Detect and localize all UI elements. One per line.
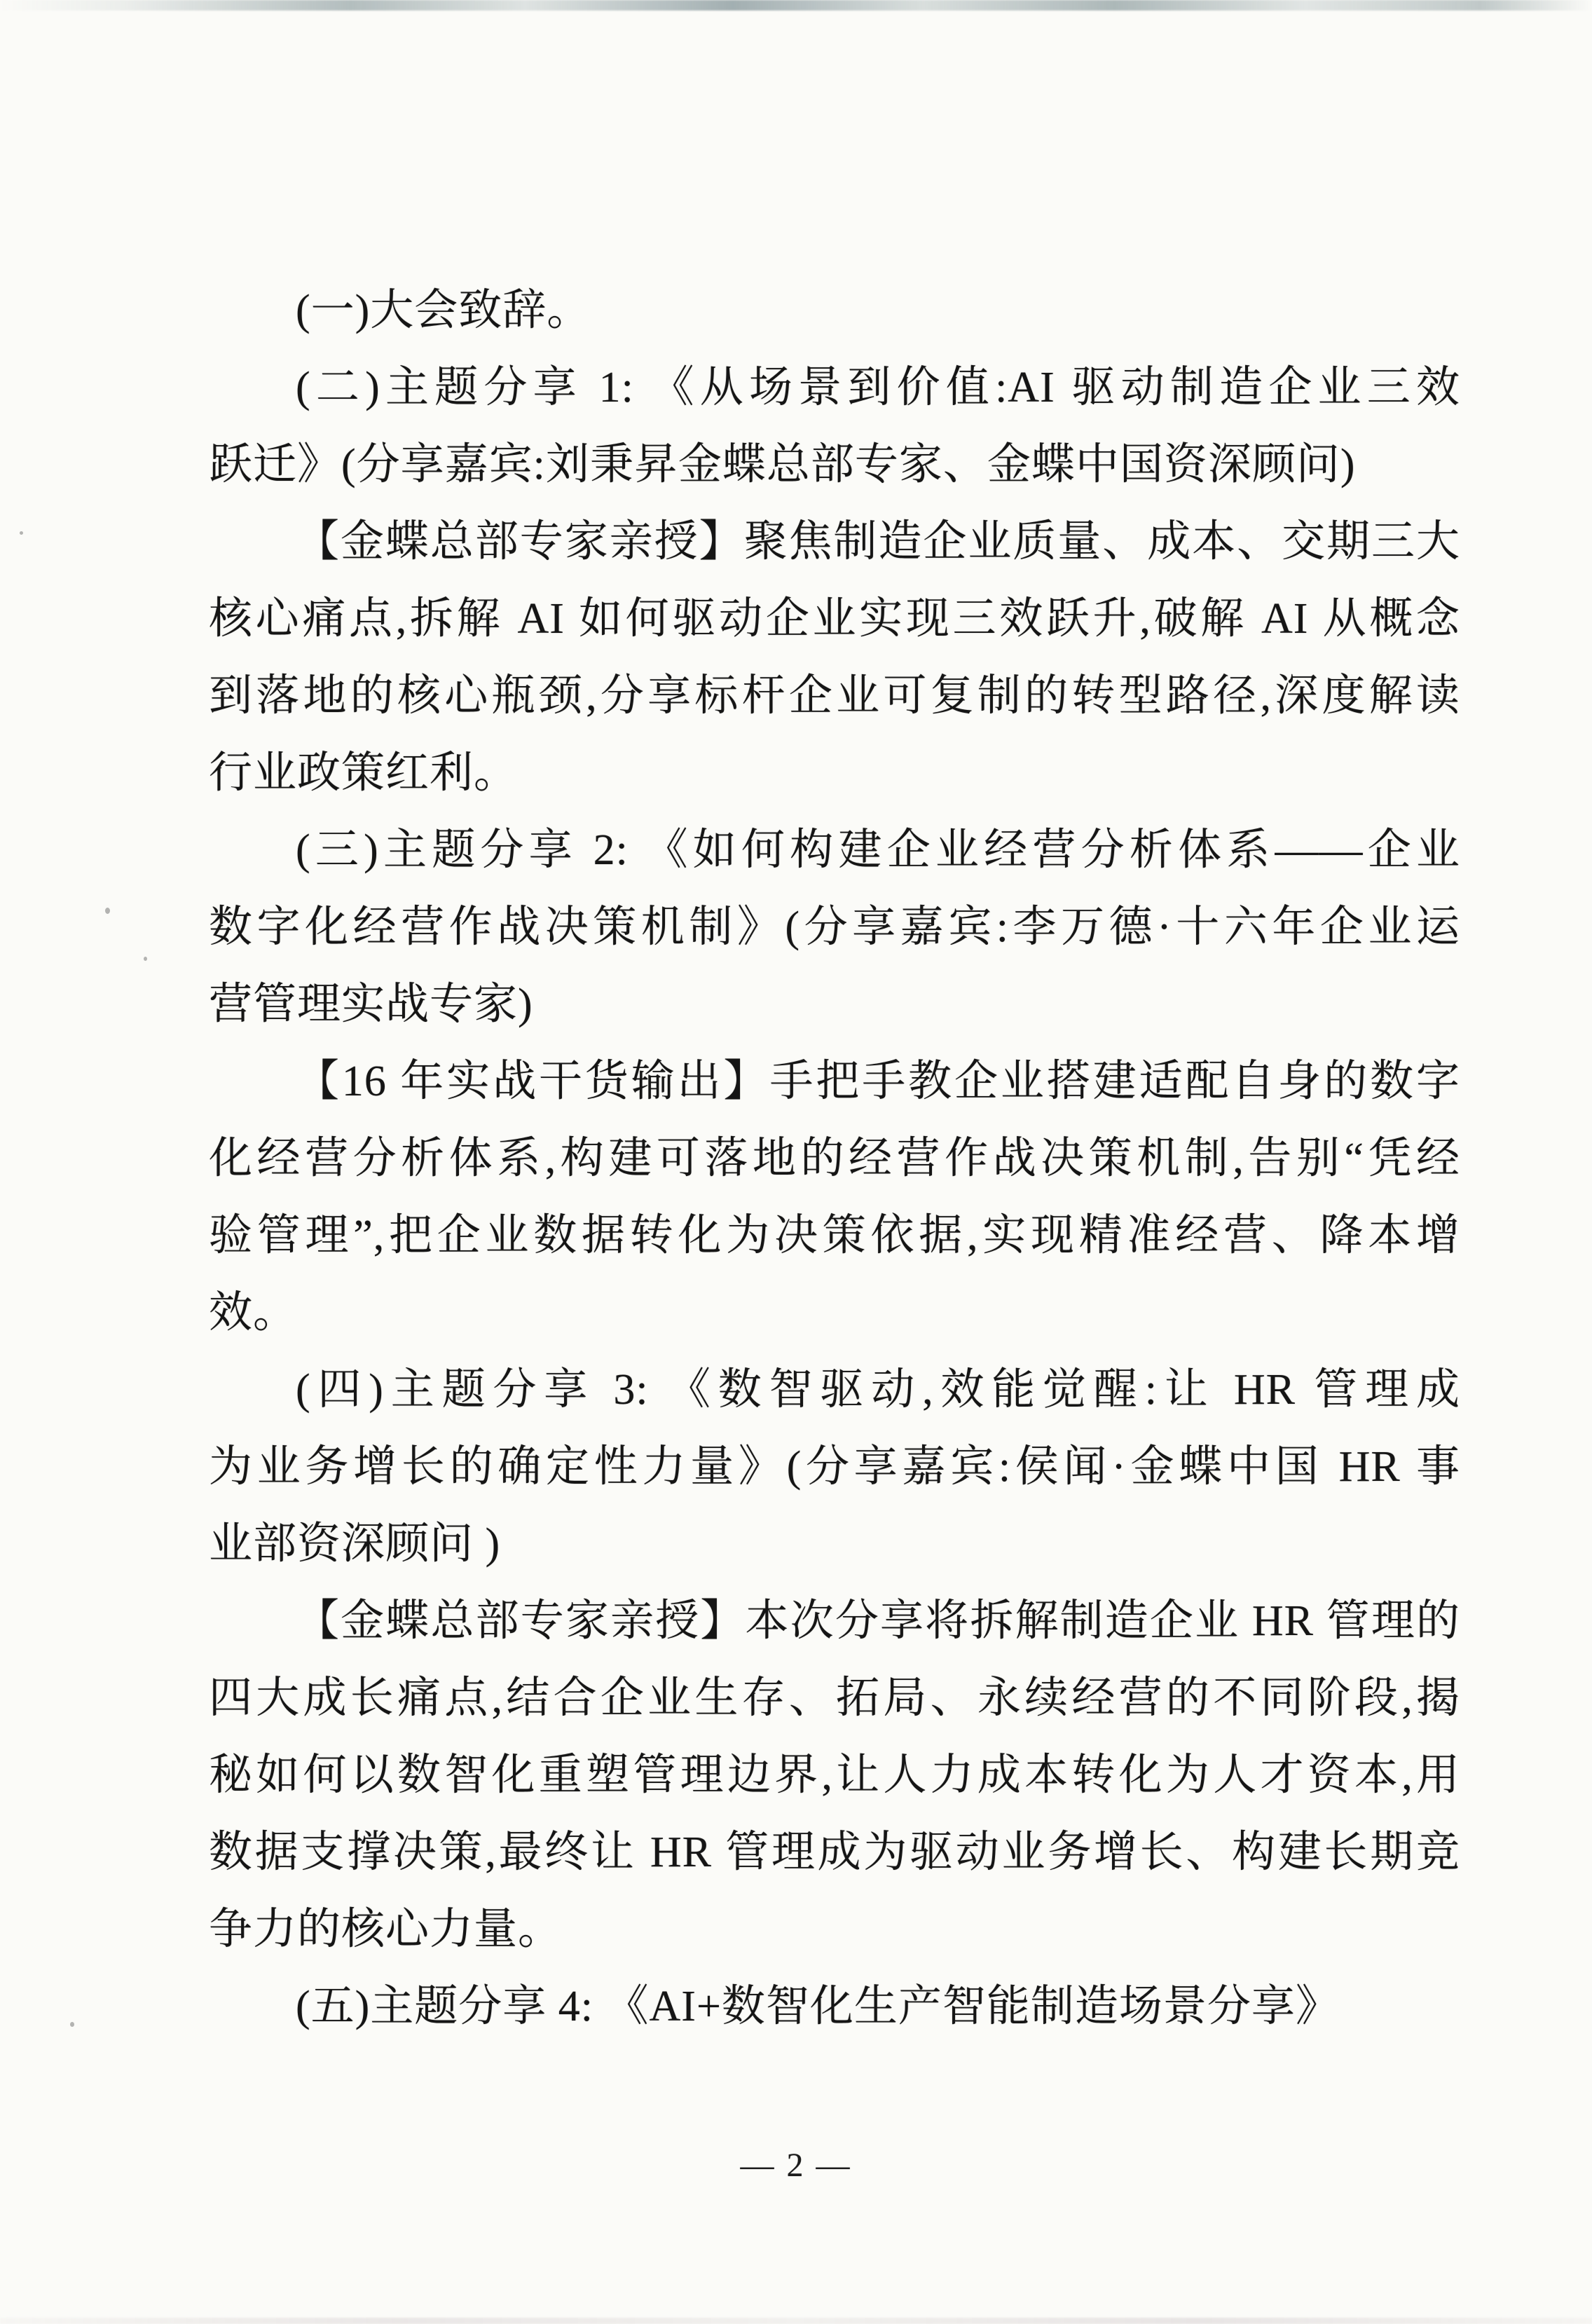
text-line: 【金蝶总部专家亲授】聚焦制造企业质量、成本、交期三大 [209,503,1460,580]
text-line: 争力的核心力量。 [209,1891,1460,1968]
scanned-document-page: { "page": { "background": "#fbfbf8", "in… [0,0,1592,2324]
paragraph: (三)主题分享 2: 《如何构建企业经营分析体系——企业数字化经营作战决策机制》… [209,812,1460,1043]
page-number: — 2 — [0,2143,1592,2188]
text-line: 数据支撑决策,最终让 HR 管理成为驱动业务增长、构建长期竞 [209,1814,1460,1891]
paragraph: (二)主题分享 1: 《从场景到价值:AI 驱动制造企业三效跃迁》(分享嘉宾:刘… [209,349,1460,503]
text-line: 行业政策红利。 [209,734,1460,812]
scan-artifact-bottom [0,2318,1592,2324]
text-line: (五)主题分享 4: 《AI+数智化生产智能制造场景分享》 [209,1968,1460,2045]
paragraph: (四)主题分享 3: 《数智驱动,效能觉醒:让 HR 管理成为业务增长的确定性力… [209,1351,1460,1583]
text-line: 【16 年实战干货输出】手把手教企业搭建适配自身的数字 [209,1043,1460,1120]
text-line: 营管理实战专家) [209,966,1460,1043]
text-line: 验管理”,把企业数据转化为决策依据,实现精准经营、降本增 [209,1197,1460,1274]
scan-speck [20,531,23,535]
scan-speck [105,908,110,914]
text-line: 到落地的核心瓶颈,分享标杆企业可复制的转型路径,深度解读 [209,657,1460,734]
text-line: 数字化经营作战决策机制》(分享嘉宾:李万德·十六年企业运 [209,889,1460,966]
text-line: (四)主题分享 3: 《数智驱动,效能觉醒:让 HR 管理成 [209,1351,1460,1428]
text-line: (一)大会致辞。 [209,272,1460,349]
text-line: 秘如何以数智化重塑管理边界,让人力成本转化为人才资本,用 [209,1737,1460,1814]
scan-speck [144,957,147,961]
text-line: 为业务增长的确定性力量》(分享嘉宾:侯闻·金蝶中国 HR 事 [209,1428,1460,1505]
text-line: 【金蝶总部专家亲授】本次分享将拆解制造企业 HR 管理的 [209,1583,1460,1660]
scan-artifact-top [0,0,1592,11]
text-line: 四大成长痛点,结合企业生存、拓局、永续经营的不同阶段,揭 [209,1660,1460,1737]
document-body: (一)大会致辞。(二)主题分享 1: 《从场景到价值:AI 驱动制造企业三效跃迁… [209,272,1460,2045]
text-line: 跃迁》(分享嘉宾:刘秉昇金蝶总部专家、金蝶中国资深顾问) [209,426,1460,503]
text-line: 效。 [209,1274,1460,1351]
scan-speck [70,2022,74,2027]
text-line: 业部资深顾问 ) [209,1505,1460,1583]
paragraph: 【16 年实战干货输出】手把手教企业搭建适配自身的数字化经营分析体系,构建可落地… [209,1043,1460,1351]
text-line: (三)主题分享 2: 《如何构建企业经营分析体系——企业 [209,812,1460,889]
paragraph: (五)主题分享 4: 《AI+数智化生产智能制造场景分享》 [209,1968,1460,2045]
paragraph: (一)大会致辞。 [209,272,1460,349]
paragraph: 【金蝶总部专家亲授】聚焦制造企业质量、成本、交期三大核心痛点,拆解 AI 如何驱… [209,503,1460,812]
text-line: 化经营分析体系,构建可落地的经营作战决策机制,告别“凭经 [209,1120,1460,1197]
text-line: 核心痛点,拆解 AI 如何驱动企业实现三效跃升,破解 AI 从概念 [209,580,1460,657]
text-line: (二)主题分享 1: 《从场景到价值:AI 驱动制造企业三效 [209,349,1460,426]
paragraph: 【金蝶总部专家亲授】本次分享将拆解制造企业 HR 管理的四大成长痛点,结合企业生… [209,1583,1460,1968]
